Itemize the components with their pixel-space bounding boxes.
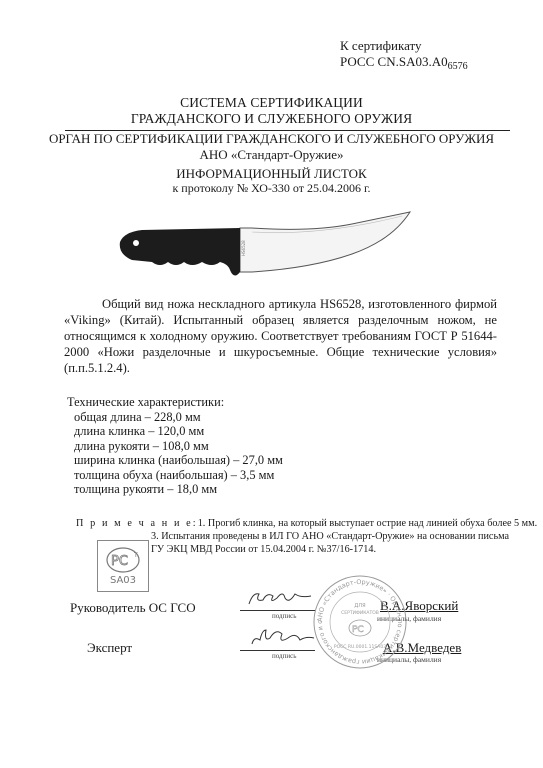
certification-system-heading: СИСТЕМА СЕРТИФИКАЦИИ ГРАЖДАНСКОГО И СЛУЖ… <box>0 95 543 127</box>
svg-text:HS6528: HS6528 <box>241 240 246 256</box>
organization-stamp: АНО «Стандарт-Оружие» · Орган по сертифи… <box>310 572 410 672</box>
svg-text:PC: PC <box>111 554 128 569</box>
svg-text:РОСС RU.0001.11SA03: РОСС RU.0001.11SA03 <box>334 644 386 650</box>
spec-handle-thickness: толщина рукояти – 18,0 мм <box>67 482 283 497</box>
document-title: ИНФОРМАЦИОННЫЙ ЛИСТОК к протоколу № ХО-3… <box>0 166 543 196</box>
note-1: 1. Прогиб клинка, на который выступает о… <box>198 518 537 529</box>
svg-text:PC: PC <box>352 625 364 635</box>
certification-organ: ОРГАН ПО СЕРТИФИКАЦИИ ГРАЖДАНСКОГО И СЛУ… <box>0 131 543 163</box>
svg-text:ДЛЯ: ДЛЯ <box>354 603 365 609</box>
mark-code: SA03 <box>98 575 148 586</box>
signature-1-icon <box>245 588 315 610</box>
signature-label-1: подпись <box>272 612 296 620</box>
signature-line-2 <box>240 650 315 651</box>
knife-image: HS6528 <box>112 210 412 278</box>
spec-handle-length: длина рукояти – 108,0 мм <box>67 439 283 454</box>
svg-text:T: T <box>133 552 138 559</box>
protocol-reference: к протоколу № ХО-330 от 25.04.2006 г. <box>0 181 543 196</box>
role-expert: Эксперт <box>87 640 132 656</box>
signature-label-2: подпись <box>272 652 296 660</box>
pct-conformity-mark: PC T SA03 <box>97 540 149 592</box>
signature-line-1 <box>240 610 315 611</box>
spec-spine-thickness: толщина обуха (наибольшая) – 3,5 мм <box>67 468 283 483</box>
spec-blade-length: длина клинка – 120,0 мм <box>67 424 283 439</box>
certificate-number-suffix: 6576 <box>448 61 468 72</box>
signature-2-icon <box>248 626 318 650</box>
certificate-number: РОСС CN.SA03.A06576 <box>340 54 468 72</box>
description-paragraph: Общий вид ножа нескладного артикула HS65… <box>64 296 497 376</box>
certificate-ref-label: К сертификату <box>340 38 468 54</box>
spec-total-length: общая длина – 228,0 мм <box>67 410 283 425</box>
spec-blade-width: ширина клинка (наибольшая) – 27,0 мм <box>67 453 283 468</box>
notes-label: П р и м е ч а н и е: <box>76 518 198 529</box>
specs-heading: Технические характеристики: <box>67 395 283 410</box>
svg-text:СЕРТИФИКАТОВ: СЕРТИФИКАТОВ <box>341 610 379 616</box>
technical-specifications: Технические характеристики: общая длина … <box>67 395 283 497</box>
role-head: Руководитель ОС ГСО <box>70 600 196 616</box>
certificate-reference: К сертификату РОСС CN.SA03.A06576 <box>340 38 468 72</box>
